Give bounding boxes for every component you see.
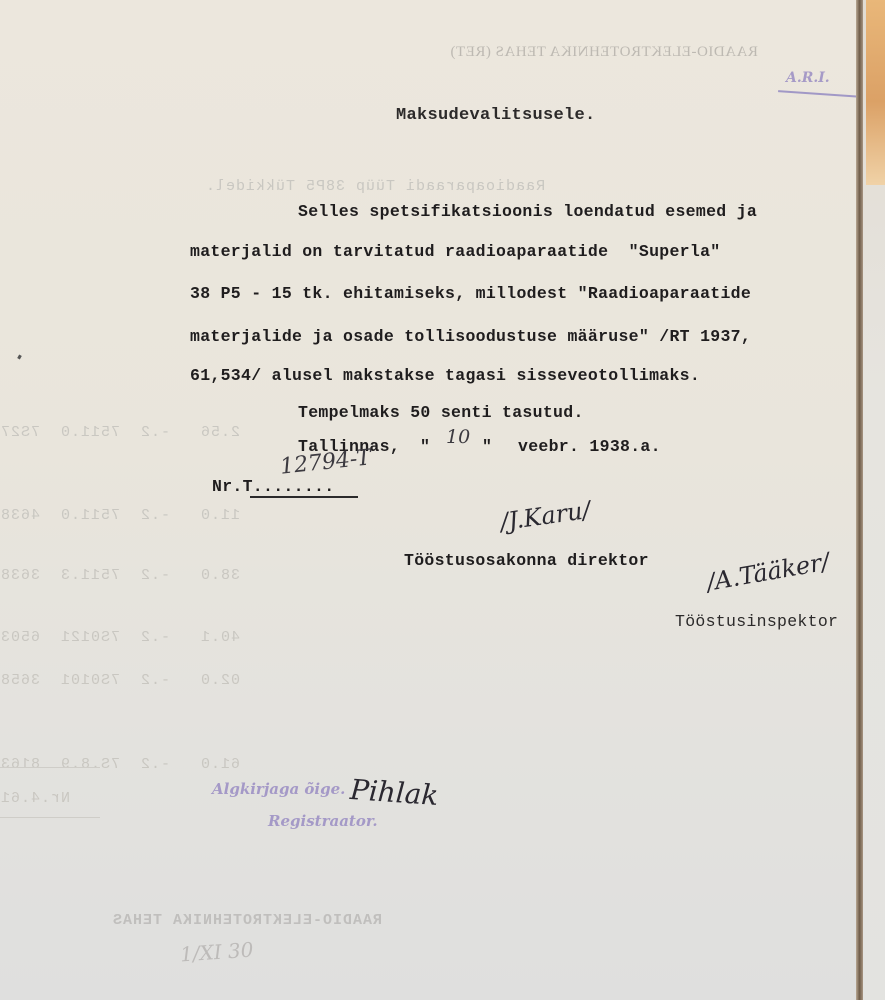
- corner-stamp: A.R.I.: [786, 70, 830, 86]
- page-binding-edge: [856, 0, 863, 1000]
- ink-speck: [17, 355, 22, 360]
- bleed-through-handwriting: 1/XI 30: [179, 937, 254, 966]
- date-quote-close: ": [482, 437, 492, 456]
- date-day-handwritten: 10: [446, 426, 470, 448]
- stamp-underline: [778, 90, 862, 98]
- director-signature: /J.Karu/: [498, 496, 592, 536]
- body-line-2: materjalid on tarvitatud raadioaparaatid…: [190, 242, 720, 261]
- bleed-through-line: Raadioaparaadi Tüüp 38P5 Tükkidel.: [205, 178, 545, 195]
- certification-stamp-line1: Algkirjaga õige.: [212, 780, 345, 798]
- stamp-duty-line: Tempelmaks 50 senti tasutud.: [298, 403, 584, 422]
- document-page: RAADIO-ELEKTROTEHNIKA TEHAS (RET) Raadio…: [0, 0, 862, 1000]
- date-month-year: veebr. 1938.a.: [518, 437, 661, 456]
- registrar-signature: Pihlak: [349, 773, 440, 812]
- number-handwritten: 12794-T: [279, 445, 372, 479]
- number-field: Nr.T........: [212, 477, 334, 496]
- certification-stamp-line2: Registraator.: [268, 812, 378, 830]
- date-quote-open: ": [420, 437, 430, 456]
- revenue-stamp: [866, 0, 885, 185]
- bleed-through-header: RAADIO-ELEKTROTEHNIKA TEHAS (RET): [450, 44, 758, 61]
- bleed-through-line: Nr.4.61: [0, 790, 70, 807]
- body-line-5: 61,534/ alusel makstakse tagasi sisseveo…: [190, 366, 700, 385]
- inspector-title: Tööstusinspektor: [675, 612, 838, 631]
- inspector-signature: /A.Tääker/: [705, 547, 832, 596]
- number-underline: [250, 496, 358, 498]
- bleed-through-bottom-stamp: RAADIO-ELEKTROTEHNIKA TEHAS: [112, 912, 382, 929]
- director-title: Tööstusosakonna direktor: [404, 551, 649, 570]
- body-line-4: materjalide ja osade tollisoodustuse mää…: [190, 327, 751, 346]
- addressee-heading: Maksudevalitsusele.: [396, 106, 596, 125]
- body-line-3: 38 P5 - 15 tk. ehitamiseks, millodest "R…: [190, 284, 751, 303]
- body-line-1: Selles spetsifikatsioonis loendatud esem…: [298, 202, 757, 221]
